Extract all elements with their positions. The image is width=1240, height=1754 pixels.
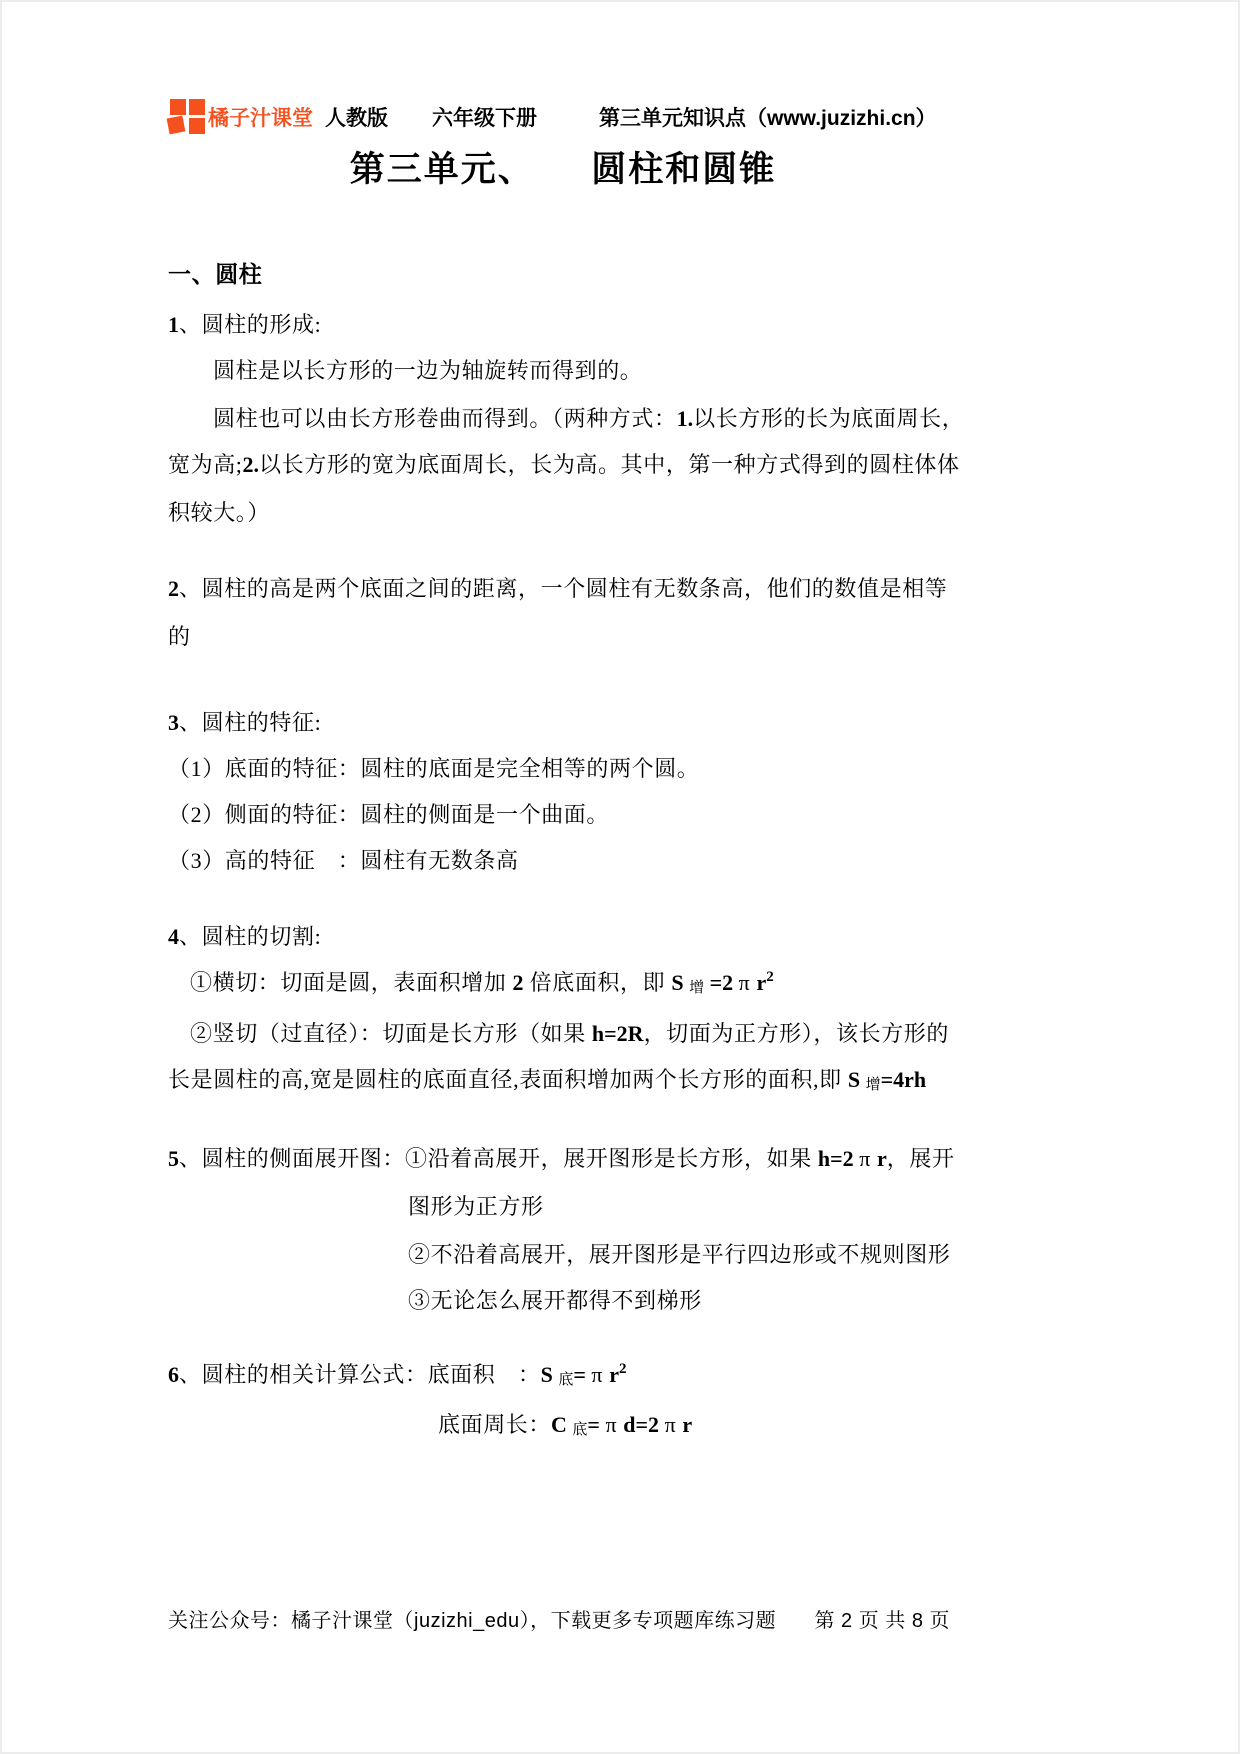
text-segment: 2 (619, 1361, 627, 1377)
page-number: 第 2 页 共 8 页 (814, 1604, 950, 1633)
item-5-sub-2: ②不沿着高展开，展开图形是平行四边形或不规则图形 (408, 1232, 968, 1278)
text-segment: 以长方形的长为底面周长， (693, 406, 964, 431)
item-6-line-1: 6、圆柱的相关计算公式：底面积 ：S 底= π r2 (168, 1352, 968, 1401)
text-segment: 底面周长： (438, 1412, 551, 1437)
brand-logo-icon (168, 98, 208, 136)
document-page: 橘子汁课堂 人教版 六年级下册 第三单元知识点（www.juzizhi.cn） … (0, 0, 1240, 1754)
logo-square (167, 116, 186, 135)
text-segment: 2 (513, 970, 524, 995)
text-segment: π (665, 1412, 683, 1437)
text-segment: =2 (704, 970, 739, 995)
logo-square (189, 118, 205, 134)
text-segment: 、圆柱的形成: (179, 312, 321, 337)
text-segment: π (591, 1362, 609, 1387)
text-segment: C (551, 1412, 572, 1437)
text-segment: 、圆柱的特征: (179, 710, 321, 735)
text-segment: 3 (168, 710, 179, 735)
text-segment: 4 (168, 924, 179, 949)
text-segment: S (541, 1362, 559, 1387)
text-segment: 2 (168, 576, 179, 601)
document-footer: 关注公众号：橘子汁课堂（juzizhi_edu），下载更多专项题库练习题 第 2… (168, 1604, 950, 1633)
logo-square (170, 99, 186, 115)
item-3-sub-2: （2）侧面的特征：圆柱的侧面是一个曲面。 (168, 792, 968, 838)
text-segment: d=2 (623, 1412, 664, 1437)
text-segment: π (859, 1146, 877, 1171)
text-segment: 、圆柱的相关计算公式：底面积 ： (179, 1362, 541, 1387)
text-segment: （2）侧面的特征：圆柱的侧面是一个曲面。 (168, 802, 609, 827)
item-4-title: 4、圆柱的切割: (168, 914, 968, 960)
item-6-line-2: 底面周长：C 底= π d=2 π r (438, 1402, 968, 1451)
item-5-line-2: 图形为正方形 (408, 1184, 968, 1230)
text-segment: 增 (689, 980, 704, 996)
item-3-sub-1: （1）底面的特征：圆柱的底面是完全相等的两个圆。 (168, 746, 968, 792)
text-segment: 底 (572, 1422, 587, 1438)
brand-name: 橘子汁课堂 (208, 102, 313, 132)
text-segment: 圆柱是以长方形的一边为轴旋转而得到的。 (213, 358, 642, 383)
header-unit-info: 第三单元知识点（www.juzizhi.cn） (599, 102, 937, 132)
text-segment: = (587, 1412, 605, 1437)
text-segment: =4rh (881, 1067, 927, 1092)
item-5-line-1: 5、圆柱的侧面展开图：①沿着高展开，展开图形是长方形，如果 h=2 π r，展开 (168, 1136, 968, 1182)
text-segment: 、圆柱的高是两个底面之间的距离，一个圆柱有无数条高，他们的数值是相等 (179, 576, 947, 601)
text-segment: ②竖切（过直径）：切面是长方形（如果 (190, 1021, 592, 1046)
item-3-title: 3、圆柱的特征: (168, 700, 968, 746)
text-segment: 6 (168, 1362, 179, 1387)
text-segment: S (848, 1067, 866, 1092)
item-4-sub-2-line-1: ②竖切（过直径）：切面是长方形（如果 h=2R，切面为正方形），该长方形的 (190, 1011, 968, 1057)
header-grade: 六年级下册 (432, 102, 537, 132)
text-segment: 宽为高; (168, 452, 243, 477)
text-segment: 圆柱也可以由长方形卷曲而得到。（两种方式： (213, 406, 677, 431)
text-segment: 积较大。） (168, 500, 270, 525)
text-segment: h=2 (818, 1146, 859, 1171)
text-segment: ，展开 (887, 1146, 955, 1171)
item-1-line-3: 宽为高;2.以长方形的宽为底面周长，长为高。其中，第一种方式得到的圆柱体体 (168, 442, 968, 488)
text-segment: 一、圆柱 (168, 262, 262, 287)
document-header: 橘子汁课堂 人教版 六年级下册 第三单元知识点（www.juzizhi.cn） (168, 98, 958, 136)
text-segment: 长是圆柱的高,宽是圆柱的底面直径,表面积增加两个长方形的面积,即 (168, 1067, 848, 1092)
text-segment: 1 (168, 312, 179, 337)
footer-note: 关注公众号：橘子汁课堂（juzizhi_edu），下载更多专项题库练习题 (168, 1604, 776, 1633)
section-1-heading: 一、圆柱 (168, 252, 968, 298)
text-segment: r (682, 1412, 692, 1437)
text-segment: ②不沿着高展开，展开图形是平行四边形或不规则图形 (408, 1242, 950, 1267)
text-segment: 、圆柱的侧面展开图：①沿着高展开，展开图形是长方形，如果 (179, 1146, 818, 1171)
text-segment: π (739, 970, 757, 995)
item-4-sub-1: ①横切：切面是圆，表面积增加 2 倍底面积，即 S 增 =2 π r2 (190, 960, 968, 1009)
text-segment: π (605, 1412, 623, 1437)
item-2-line-2: 的 (168, 614, 968, 660)
text-segment: 2. (243, 452, 260, 477)
text-segment: （1）底面的特征：圆柱的底面是完全相等的两个圆。 (168, 756, 699, 781)
text-segment: 的 (168, 624, 191, 649)
text-segment: 、圆柱的切割: (179, 924, 321, 949)
text-segment: S (671, 970, 689, 995)
item-5-sub-3: ③无论怎么展开都得不到梯形 (408, 1278, 968, 1324)
item-1-line-4: 积较大。） (168, 490, 968, 536)
text-segment: 倍底面积，即 (524, 970, 672, 995)
text-segment: = (573, 1362, 591, 1387)
item-1-line-1: 圆柱是以长方形的一边为轴旋转而得到的。 (213, 348, 968, 394)
text-segment: r (877, 1146, 887, 1171)
text-segment: 图形为正方形 (408, 1194, 544, 1219)
item-3-sub-3: （3）高的特征 ：圆柱有无数条高 (168, 838, 968, 884)
text-segment: 以长方形的宽为底面周长，长为高。其中，第一种方式得到的圆柱体体 (259, 452, 960, 477)
item-2-line-1: 2、圆柱的高是两个底面之间的距离，一个圆柱有无数条高，他们的数值是相等 (168, 566, 968, 612)
text-segment: r (609, 1362, 619, 1387)
item-1-title: 1、圆柱的形成: (168, 302, 968, 348)
text-segment: 5 (168, 1146, 179, 1171)
text-segment: 增 (866, 1077, 881, 1093)
text-segment: ①横切：切面是圆，表面积增加 (190, 970, 513, 995)
text-segment: ③无论怎么展开都得不到梯形 (408, 1288, 702, 1313)
header-edition: 人教版 (325, 102, 388, 132)
text-segment: r (756, 970, 766, 995)
page-title: 第三单元、 圆柱和圆锥 (168, 142, 958, 192)
text-segment: ，切面为正方形），该长方形的 (644, 1021, 949, 1046)
document-body: 一、圆柱1、圆柱的形成:圆柱是以长方形的一边为轴旋转而得到的。圆柱也可以由长方形… (168, 252, 968, 1451)
text-segment: 1. (677, 406, 694, 431)
text-segment: 底 (558, 1372, 573, 1388)
logo-square (189, 99, 205, 115)
text-segment: h=2R (592, 1021, 644, 1046)
item-1-line-2: 圆柱也可以由长方形卷曲而得到。（两种方式：1.以长方形的长为底面周长， (213, 396, 968, 442)
item-4-sub-2-line-2: 长是圆柱的高,宽是圆柱的底面直径,表面积增加两个长方形的面积,即 S 增=4rh (168, 1057, 968, 1106)
text-segment: （3）高的特征 ：圆柱有无数条高 (168, 848, 519, 873)
text-segment: 2 (766, 969, 774, 985)
